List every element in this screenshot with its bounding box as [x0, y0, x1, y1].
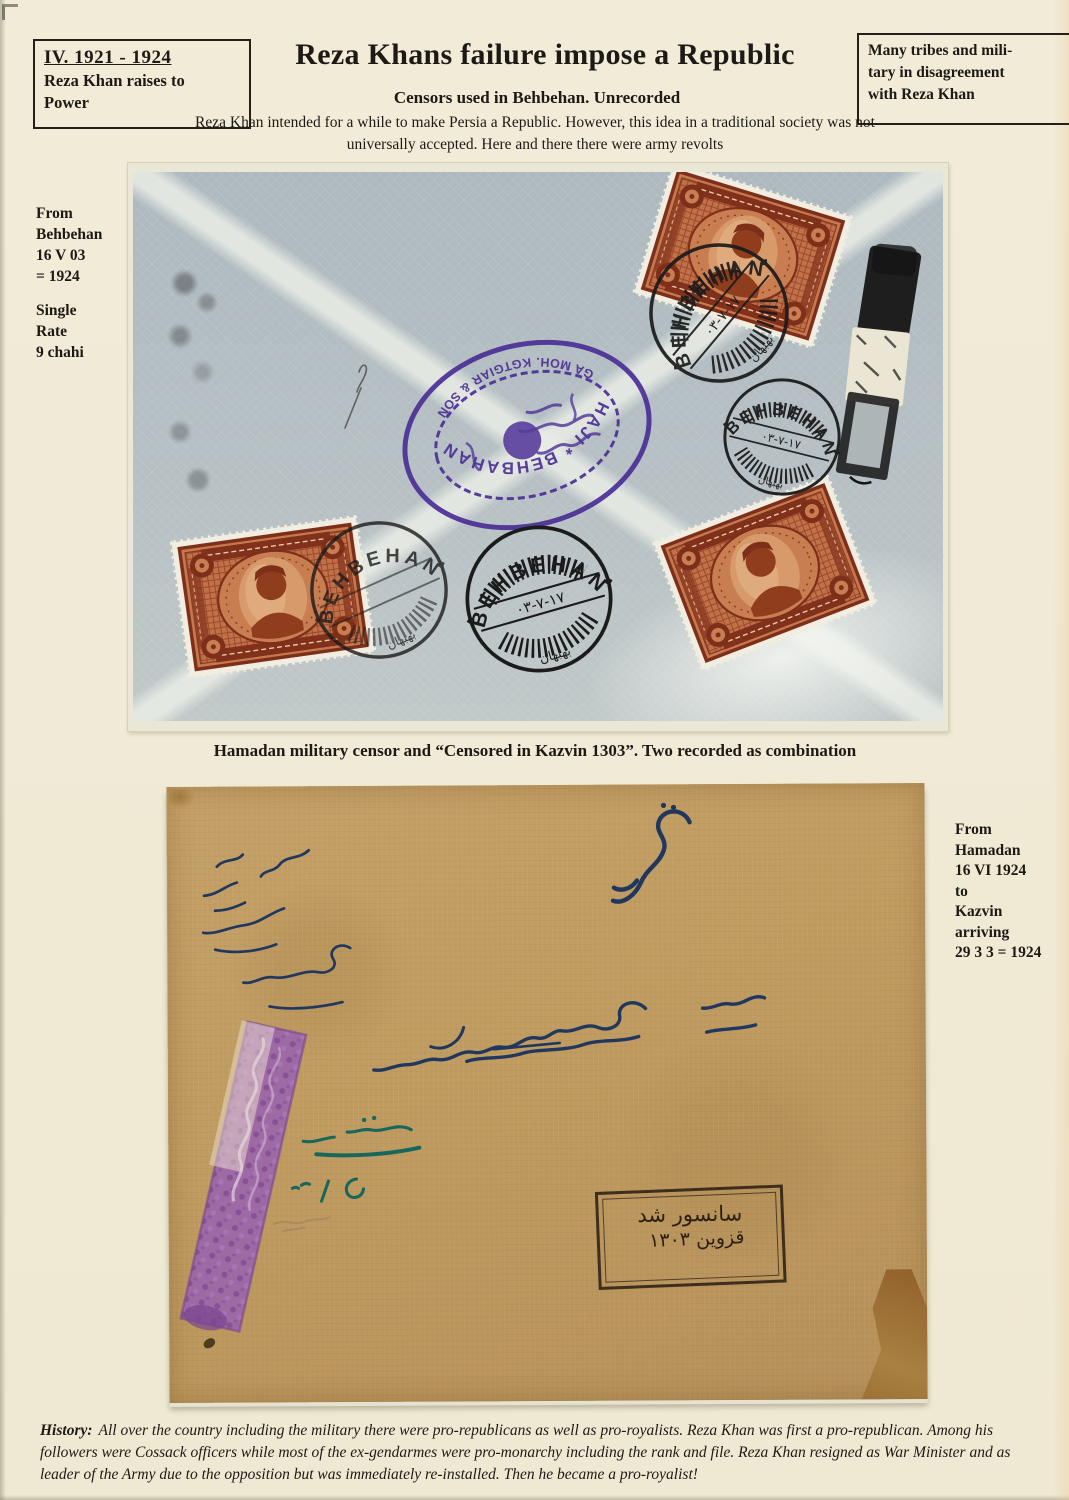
intro-line1: Reza Khan intended for a while to make P…	[35, 112, 1035, 134]
note-line2: tary in disagreement	[868, 62, 1062, 84]
kazvin-censor-box-inner: سانسور شد قزوين ١٣٠٣	[602, 1192, 779, 1283]
side-note-line: Rate	[36, 321, 136, 342]
cover1-side-note: From Behbehan 16 V 03 = 1924 Single Rate…	[36, 203, 136, 363]
side-note-line: 9 chahi	[36, 342, 136, 363]
cover2-envelope: سانسور شد قزوين ١٣٠٣	[166, 783, 927, 1403]
handwriting-destination-kazvin	[612, 803, 690, 902]
postmark-date: ١٧-٧-٠٣	[701, 292, 744, 339]
cover2-caption: Hamadan military censor and “Censored in…	[60, 741, 1010, 761]
handwriting-address-line	[374, 997, 765, 1071]
intro-line2: universally accepted. Here and there the…	[35, 134, 1035, 156]
violet-censor-cachet	[174, 1020, 307, 1337]
history-paragraph: History:All over the country including t…	[40, 1420, 1048, 1486]
handwriting-sender-notes	[203, 850, 351, 1009]
note-line1: Many tribes and mili-	[868, 40, 1062, 62]
cover1-photo: HAJI * BEHBAHAN AGA MOH. KGTGIAR & SONS …	[128, 163, 948, 731]
exhibit-page: { "header": { "period_box": { "title": "…	[0, 0, 1069, 1500]
censor-text-line2: قزوين ١٣٠٣	[610, 1225, 783, 1254]
censor-text-line1: سانسور شد	[604, 1201, 776, 1227]
svg-text:BEHBEHAN: BEHBEHAN	[297, 522, 451, 632]
cover2-side-note: From Hamadan 16 VI 1924 to Kazvin arrivi…	[955, 820, 1067, 964]
side-note-line: From	[36, 203, 136, 224]
period-title: IV. 1921 - 1924	[44, 46, 240, 70]
side-note-line: 16 VI 1924	[955, 861, 1067, 882]
page-subtitle: Censors used in Behbehan. Unrecorded	[137, 88, 937, 108]
cover2-markings	[166, 783, 927, 1403]
history-text: All over the country including the milit…	[40, 1422, 1010, 1483]
page-title: Reza Khans failure impose a Republic	[240, 38, 850, 72]
postmark-city-text: BEHBEHAN	[297, 522, 451, 632]
pencil-scribble	[274, 1217, 330, 1231]
side-note-line: Behbehan	[36, 224, 136, 245]
merchant-cachet: HAJI * BEHBAHAN AGA MOH. KGTGIAR & SONS	[395, 337, 659, 533]
scan-edge-right	[1053, 0, 1069, 1500]
cover1-envelope: HAJI * BEHBAHAN AGA MOH. KGTGIAR & SONS …	[133, 172, 943, 721]
ink-smudge	[153, 264, 243, 504]
side-note-line: Single	[36, 300, 136, 321]
kazvin-censor-box: سانسور شد قزوين ١٣٠٣	[595, 1185, 787, 1290]
intro-paragraph: Reza Khan intended for a while to make P…	[35, 112, 1035, 156]
side-note-line: 29 3 3 = 1924	[955, 943, 1067, 964]
scan-edge-left	[0, 0, 6, 1500]
scan-edge-bottom	[0, 1495, 1069, 1500]
side-note-line: = 1924	[36, 266, 136, 287]
side-note-line: Kazvin	[955, 902, 1067, 923]
history-label: History:	[40, 1422, 93, 1439]
side-note-line: to	[955, 882, 1067, 903]
side-note-line: arriving	[955, 923, 1067, 944]
handwriting-arrival-note	[292, 1115, 419, 1201]
side-note-line: Hamadan	[955, 841, 1067, 862]
pencil-mark	[325, 358, 385, 438]
side-note-line: 16 V 03	[36, 245, 136, 266]
scan-corner-mark	[2, 4, 18, 20]
side-note-line: From	[955, 820, 1067, 841]
